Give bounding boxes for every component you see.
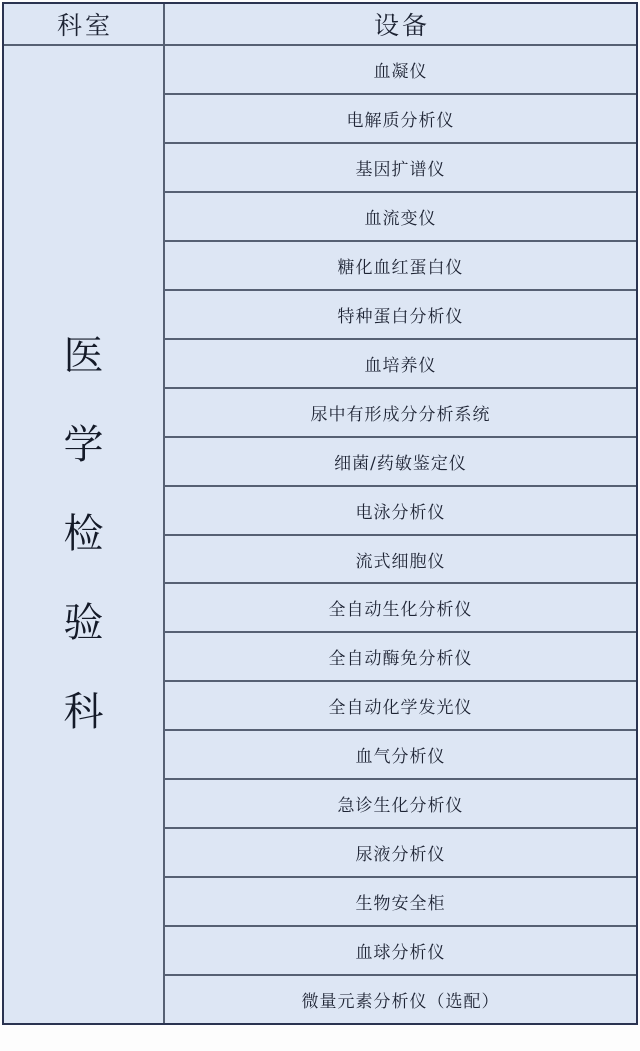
equipment-table: 科室 设备 医学检验科 血凝仪 电解质分析仪 基因扩谱仪 血流变仪 糖化血红蛋白… [2,2,638,1025]
equipment-cell: 电解质分析仪 [347,106,455,131]
table-row: 微量元素分析仪（选配） [165,976,636,1023]
table-row: 尿液分析仪 [165,829,636,878]
table-row: 血气分析仪 [165,731,636,780]
department-column-header: 科室 [4,4,165,44]
table-row: 生物安全柜 [165,878,636,927]
equipment-cell: 尿液分析仪 [356,840,446,865]
equipment-cell: 糖化血红蛋白仪 [338,253,464,278]
table-row: 急诊生化分析仪 [165,780,636,829]
equipment-cell: 血流变仪 [365,204,437,229]
equipment-cell: 急诊生化分析仪 [338,791,464,816]
equipment-cell: 基因扩谱仪 [356,155,446,180]
equipment-cell: 流式细胞仪 [356,547,446,572]
table-header-row: 科室 设备 [4,4,636,46]
table-row: 血球分析仪 [165,927,636,976]
table-row: 特种蛋白分析仪 [165,291,636,340]
equipment-cell: 尿中有形成分分析系统 [311,400,491,425]
equipment-cell: 全自动化学发光仪 [329,693,473,718]
table-body: 医学检验科 血凝仪 电解质分析仪 基因扩谱仪 血流变仪 糖化血红蛋白仪 特种蛋白… [4,46,636,1023]
table-row: 电泳分析仪 [165,487,636,536]
equipment-cell: 电泳分析仪 [356,498,446,523]
table-row: 基因扩谱仪 [165,144,636,193]
equipment-cell: 生物安全柜 [356,889,446,914]
equipment-column-header: 设备 [165,4,636,44]
equipment-cell: 全自动生化分析仪 [329,595,473,620]
table-row: 全自动化学发光仪 [165,682,636,731]
page: 科室 设备 医学检验科 血凝仪 电解质分析仪 基因扩谱仪 血流变仪 糖化血红蛋白… [0,0,640,1051]
table-row: 血培养仪 [165,340,636,389]
table-row: 血流变仪 [165,193,636,242]
equipment-cell: 特种蛋白分析仪 [338,302,464,327]
table-row: 尿中有形成分分析系统 [165,389,636,438]
table-row: 全自动生化分析仪 [165,584,636,633]
equipment-cell: 血气分析仪 [356,742,446,767]
table-row: 电解质分析仪 [165,95,636,144]
equipment-cell: 细菌/药敏鉴定仪 [334,449,467,474]
equipment-cell: 微量元素分析仪（选配） [302,987,500,1012]
equipment-cell: 血球分析仪 [356,938,446,963]
equipment-cell: 全自动酶免分析仪 [329,644,473,669]
department-name: 医学检验科 [62,312,106,757]
table-row: 糖化血红蛋白仪 [165,242,636,291]
equipment-list: 血凝仪 电解质分析仪 基因扩谱仪 血流变仪 糖化血红蛋白仪 特种蛋白分析仪 血培… [165,46,636,1023]
equipment-cell: 血培养仪 [365,351,437,376]
equipment-cell: 血凝仪 [374,57,428,82]
department-merged-cell: 医学检验科 [4,46,165,1023]
table-row: 细菌/药敏鉴定仪 [165,438,636,487]
table-row: 血凝仪 [165,46,636,95]
table-row: 流式细胞仪 [165,536,636,585]
table-row: 全自动酶免分析仪 [165,633,636,682]
